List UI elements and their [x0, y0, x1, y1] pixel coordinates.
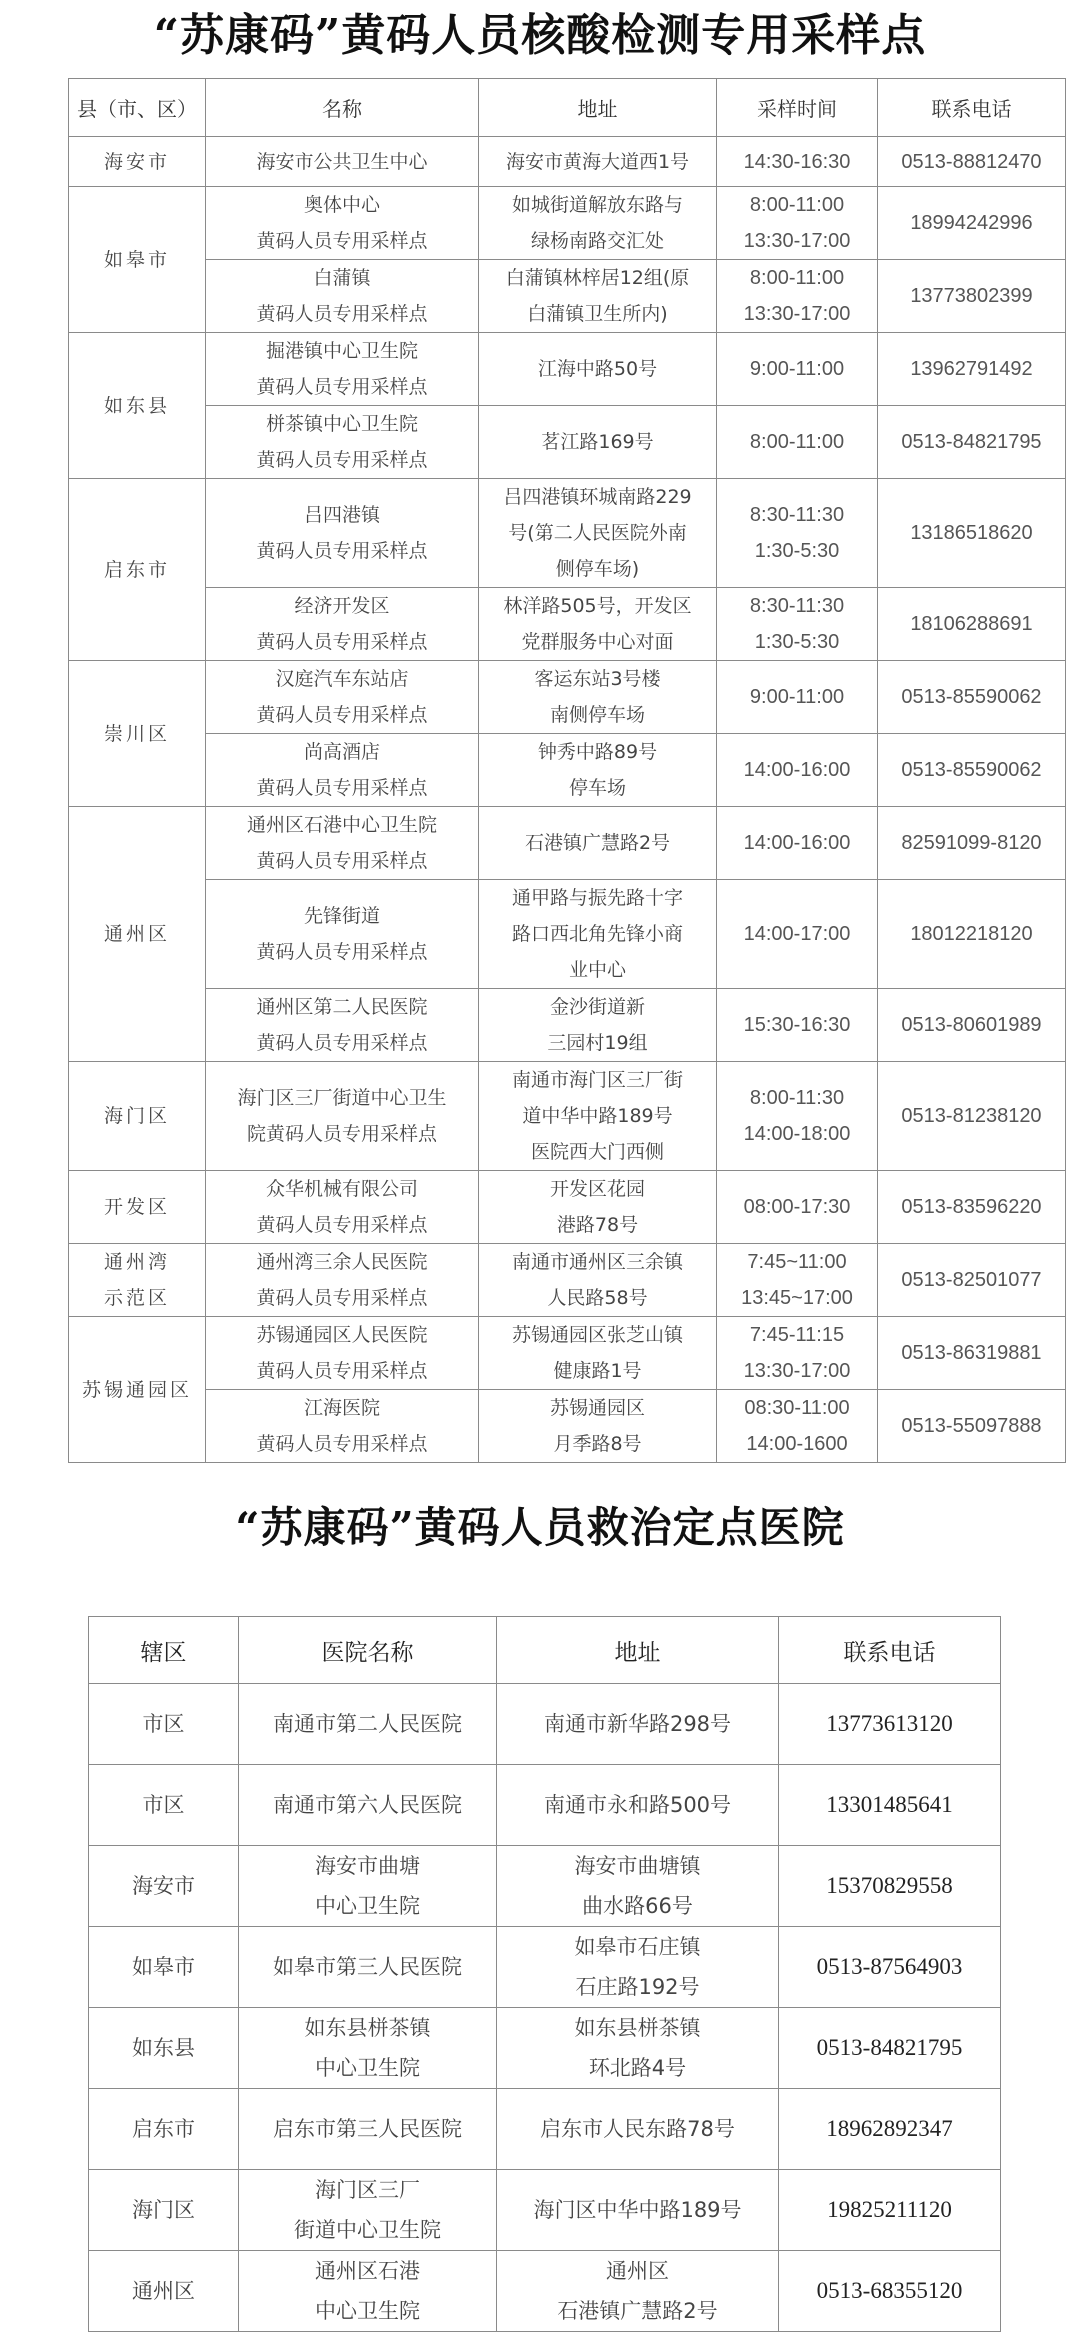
district-cell-text: 海门区 [89, 2190, 238, 2230]
phone-cell: 82591099-8120 [878, 807, 1066, 880]
table-row: 如东县如东县栟茶镇中心卫生院如东县栟茶镇环北路4号0513-84821795 [89, 2008, 1001, 2089]
site-name-cell: 众华机械有限公司黄码人员专用采样点 [206, 1171, 479, 1244]
phone-cell: 0513-88812470 [878, 137, 1066, 187]
phone-cell-text: 0513-55097888 [878, 1408, 1065, 1444]
time-cell-line: 14:00-18:00 [717, 1116, 877, 1152]
county-cell-text: 如东县 [69, 388, 205, 424]
table-row: 如东县掘港镇中心卫生院黄码人员专用采样点江海中路50号9:00-11:00139… [69, 333, 1066, 406]
site-name-cell: 苏锡通园区人民医院黄码人员专用采样点 [206, 1317, 479, 1390]
address-cell-line: 石港镇广慧路2号 [479, 825, 716, 861]
address-cell-line: 启东市人民东路78号 [497, 2109, 778, 2149]
address-cell-line: 党群服务中心对面 [479, 624, 716, 660]
site-name-cell-line: 海安市公共卫生中心 [206, 144, 478, 180]
phone-cell: 0513-84821795 [878, 406, 1066, 479]
time-cell-line: 13:30-17:00 [717, 1353, 877, 1389]
district-cell-text: 如东县 [89, 2028, 238, 2068]
time-cell: 8:00-11:0013:30-17:00 [717, 260, 878, 333]
site-name-cell: 栟茶镇中心卫生院黄码人员专用采样点 [206, 406, 479, 479]
district-cell-text: 如皋市 [89, 1947, 238, 1987]
address-cell: 如城街道解放东路与绿杨南路交汇处 [479, 187, 717, 260]
site-name-cell-line: 通州湾三余人民医院 [206, 1244, 478, 1280]
district-cell: 海安市 [89, 1846, 239, 1927]
address-cell: 白蒲镇林梓居12组(原白蒲镇卫生所内) [479, 260, 717, 333]
phone-cell-text: 18012218120 [878, 916, 1065, 952]
time-cell-line: 9:00-11:00 [717, 679, 877, 715]
address-cell-line: 开发区花园 [479, 1171, 716, 1207]
table-row: 启东市启东市第三人民医院启东市人民东路78号18962892347 [89, 2089, 1001, 2170]
county-cell: 通州湾示范区 [69, 1244, 206, 1317]
address-cell-line: 业中心 [479, 952, 716, 988]
table-row: 市区南通市第六人民医院南通市永和路500号13301485641 [89, 1765, 1001, 1846]
phone-cell: 19825211120 [779, 2170, 1001, 2251]
table-header-row: 辖区 医院名称 地址 联系电话 [89, 1617, 1001, 1684]
phone-cell: 13962791492 [878, 333, 1066, 406]
phone-cell: 0513-87564903 [779, 1927, 1001, 2008]
table-row: 如皋市奥体中心黄码人员专用采样点如城街道解放东路与绿杨南路交汇处8:00-11:… [69, 187, 1066, 260]
phone-cell: 13301485641 [779, 1765, 1001, 1846]
header-phone: 联系电话 [779, 1617, 1001, 1684]
address-cell: 开发区花园港路78号 [479, 1171, 717, 1244]
time-cell-line: 15:30-16:30 [717, 1007, 877, 1043]
address-cell-line: 南通市海门区三厂街 [479, 1062, 716, 1098]
phone-cell-text: 19825211120 [779, 2190, 1000, 2230]
phone-cell-text: 13773802399 [878, 278, 1065, 314]
county-cell-text: 苏锡通园区 [69, 1372, 205, 1408]
time-cell: 08:00-17:30 [717, 1171, 878, 1244]
district-cell: 市区 [89, 1684, 239, 1765]
site-name-cell: 通州区石港中心卫生院黄码人员专用采样点 [206, 807, 479, 880]
county-cell-text: 崇川区 [69, 716, 205, 752]
hospital-name-cell-line: 海门区三厂 [239, 2170, 496, 2210]
address-cell-line: 石港镇广慧路2号 [497, 2291, 778, 2331]
time-cell-line: 13:30-17:00 [717, 296, 877, 332]
phone-cell-text: 0513-85590062 [878, 679, 1065, 715]
address-cell-line: 林洋路505号，开发区 [479, 588, 716, 624]
address-cell: 客运东站3号楼南侧停车场 [479, 661, 717, 734]
county-cell: 如皋市 [69, 187, 206, 333]
phone-cell: 18106288691 [878, 588, 1066, 661]
address-cell-line: 月季路8号 [479, 1426, 716, 1462]
site-name-cell-line: 黄码人员专用采样点 [206, 1353, 478, 1389]
address-cell-line: 白蒲镇林梓居12组(原 [479, 260, 716, 296]
time-cell-line: 8:00-11:00 [717, 260, 877, 296]
phone-cell: 13186518620 [878, 479, 1066, 588]
site-name-cell-line: 黄码人员专用采样点 [206, 369, 478, 405]
address-cell-line: 港路78号 [479, 1207, 716, 1243]
site-name-cell-line: 先锋街道 [206, 898, 478, 934]
county-cell: 通州区 [69, 807, 206, 1062]
hospital-name-cell: 海门区三厂街道中心卫生院 [239, 2170, 497, 2251]
address-cell-line: 茗江路169号 [479, 424, 716, 460]
time-cell-line: 8:30-11:30 [717, 497, 877, 533]
site-name-cell: 掘港镇中心卫生院黄码人员专用采样点 [206, 333, 479, 406]
county-cell-line: 通州湾 [69, 1244, 205, 1280]
address-cell: 南通市海门区三厂街道中华中路189号医院西大门西侧 [479, 1062, 717, 1171]
district-cell: 如皋市 [89, 1927, 239, 2008]
table-row: 海安市海安市公共卫生中心海安市黄海大道西1号14:30-16:300513-88… [69, 137, 1066, 187]
address-cell: 如东县栟茶镇环北路4号 [497, 2008, 779, 2089]
county-cell: 崇川区 [69, 661, 206, 807]
site-name-cell-line: 黄码人员专用采样点 [206, 843, 478, 879]
county-cell-text: 启东市 [69, 552, 205, 588]
time-cell: 8:30-11:301:30-5:30 [717, 479, 878, 588]
phone-cell-text: 13301485641 [779, 1785, 1000, 1825]
header-name: 名称 [206, 79, 479, 137]
district-cell: 启东市 [89, 2089, 239, 2170]
hospital-name-cell: 南通市第二人民医院 [239, 1684, 497, 1765]
time-cell-line: 8:00-11:30 [717, 1080, 877, 1116]
hospital-name-cell: 如东县栟茶镇中心卫生院 [239, 2008, 497, 2089]
table-row: 启东市吕四港镇黄码人员专用采样点吕四港镇环城南路229号(第二人民医院外南侧停车… [69, 479, 1066, 588]
site-name-cell-line: 黄码人员专用采样点 [206, 1207, 478, 1243]
site-name-cell-line: 通州区石港中心卫生院 [206, 807, 478, 843]
site-name-cell-line: 黄码人员专用采样点 [206, 533, 478, 569]
site-name-cell-line: 尚高酒店 [206, 734, 478, 770]
address-cell: 茗江路169号 [479, 406, 717, 479]
site-name-cell-line: 院黄码人员专用采样点 [206, 1116, 478, 1152]
address-cell: 南通市新华路298号 [497, 1684, 779, 1765]
hospital-name-cell-line: 海安市曲塘 [239, 1846, 496, 1886]
address-cell: 吕四港镇环城南路229号(第二人民医院外南侧停车场) [479, 479, 717, 588]
address-cell-line: 南通市通州区三余镇 [479, 1244, 716, 1280]
district-cell-text: 市区 [89, 1785, 238, 1825]
address-cell-line: 如东县栟茶镇 [497, 2008, 778, 2048]
address-cell: 启东市人民东路78号 [497, 2089, 779, 2170]
address-cell: 南通市永和路500号 [497, 1765, 779, 1846]
site-name-cell-line: 黄码人员专用采样点 [206, 442, 478, 478]
site-name-cell-line: 黄码人员专用采样点 [206, 697, 478, 733]
hospital-name-cell-line: 通州区石港 [239, 2251, 496, 2291]
time-cell-line: 14:00-17:00 [717, 916, 877, 952]
time-cell-line: 9:00-11:00 [717, 351, 877, 387]
address-cell-line: 苏锡通园区 [479, 1390, 716, 1426]
header-district: 辖区 [89, 1617, 239, 1684]
county-cell-text: 海门区 [69, 1098, 205, 1134]
county-cell: 苏锡通园区 [69, 1317, 206, 1463]
address-cell: 苏锡通园区月季路8号 [479, 1390, 717, 1463]
site-name-cell-line: 苏锡通园区人民医院 [206, 1317, 478, 1353]
district-cell-text: 市区 [89, 1704, 238, 1744]
site-name-cell-line: 黄码人员专用采样点 [206, 1280, 478, 1316]
time-cell-line: 13:30-17:00 [717, 223, 877, 259]
hospital-name-cell-line: 如东县栟茶镇 [239, 2008, 496, 2048]
site-name-cell-line: 奥体中心 [206, 187, 478, 223]
phone-cell: 13773802399 [878, 260, 1066, 333]
county-cell-text: 通州区 [69, 916, 205, 952]
phone-cell-text: 0513-84821795 [878, 424, 1065, 460]
time-cell: 7:45~11:0013:45~17:00 [717, 1244, 878, 1317]
phone-cell: 15370829558 [779, 1846, 1001, 1927]
time-cell-line: 13:45~17:00 [717, 1280, 877, 1316]
county-cell: 海安市 [69, 137, 206, 187]
district-cell: 市区 [89, 1765, 239, 1846]
district-cell: 海门区 [89, 2170, 239, 2251]
phone-cell: 0513-83596220 [878, 1171, 1066, 1244]
phone-cell-text: 0513-68355120 [779, 2271, 1000, 2311]
site-name-cell: 先锋街道黄码人员专用采样点 [206, 880, 479, 989]
site-name-cell-line: 掘港镇中心卫生院 [206, 333, 478, 369]
county-cell-line: 示范区 [69, 1280, 205, 1316]
site-name-cell: 尚高酒店黄码人员专用采样点 [206, 734, 479, 807]
site-name-cell-line: 海门区三厂街道中心卫生 [206, 1080, 478, 1116]
site-name-cell-line: 黄码人员专用采样点 [206, 934, 478, 970]
county-cell-text: 开发区 [69, 1189, 205, 1225]
phone-cell-text: 18106288691 [878, 606, 1065, 642]
table-row: 海安市海安市曲塘中心卫生院海安市曲塘镇曲水路66号15370829558 [89, 1846, 1001, 1927]
time-cell-line: 7:45~11:00 [717, 1244, 877, 1280]
time-cell: 9:00-11:00 [717, 333, 878, 406]
site-name-cell: 汉庭汽车东站店黄码人员专用采样点 [206, 661, 479, 734]
table-row: 通州湾示范区通州湾三余人民医院黄码人员专用采样点南通市通州区三余镇人民路58号7… [69, 1244, 1066, 1317]
address-cell-line: 通甲路与振先路十字 [479, 880, 716, 916]
phone-cell-text: 0513-82501077 [878, 1262, 1065, 1298]
address-cell-line: 南通市新华路298号 [497, 1704, 778, 1744]
table-row: 白蒲镇黄码人员专用采样点白蒲镇林梓居12组(原白蒲镇卫生所内)8:00-11:0… [69, 260, 1066, 333]
time-cell-line: 8:00-11:00 [717, 424, 877, 460]
phone-cell-text: 13962791492 [878, 351, 1065, 387]
phone-cell-text: 0513-87564903 [779, 1947, 1000, 1987]
phone-cell-text: 0513-83596220 [878, 1189, 1065, 1225]
site-name-cell-line: 众华机械有限公司 [206, 1171, 478, 1207]
hospital-name-cell: 启东市第三人民医院 [239, 2089, 497, 2170]
phone-cell: 18994242996 [878, 187, 1066, 260]
site-name-cell-line: 吕四港镇 [206, 497, 478, 533]
hospital-name-cell-line: 街道中心卫生院 [239, 2210, 496, 2250]
hospital-name-cell: 通州区石港中心卫生院 [239, 2251, 497, 2332]
hospital-name-cell: 南通市第六人民医院 [239, 1765, 497, 1846]
time-cell-line: 08:30-11:00 [717, 1390, 877, 1426]
table-row: 苏锡通园区苏锡通园区人民医院黄码人员专用采样点苏锡通园区张芝山镇健康路1号7:4… [69, 1317, 1066, 1390]
sampling-sites-table: 县（市、区） 名称 地址 采样时间 联系电话 海安市海安市公共卫生中心海安市黄海… [68, 78, 1066, 1463]
address-cell-line: 南通市永和路500号 [497, 1785, 778, 1825]
phone-cell: 0513-82501077 [878, 1244, 1066, 1317]
address-cell: 苏锡通园区张芝山镇健康路1号 [479, 1317, 717, 1390]
address-cell-line: 道中华中路189号 [479, 1098, 716, 1134]
address-cell-line: 海安市黄海大道西1号 [479, 144, 716, 180]
address-cell: 钟秀中路89号停车场 [479, 734, 717, 807]
address-cell: 海安市曲塘镇曲水路66号 [497, 1846, 779, 1927]
time-cell: 14:00-16:00 [717, 734, 878, 807]
address-cell: 如皋市石庄镇石庄路192号 [497, 1927, 779, 2008]
district-cell: 如东县 [89, 2008, 239, 2089]
site-name-cell-line: 黄码人员专用采样点 [206, 624, 478, 660]
site-name-cell: 海门区三厂街道中心卫生院黄码人员专用采样点 [206, 1062, 479, 1171]
site-name-cell-line: 江海医院 [206, 1390, 478, 1426]
hospitals-title: “苏康码”黄码人员救治定点医院 [0, 1500, 1080, 1556]
site-name-cell: 通州区第二人民医院黄码人员专用采样点 [206, 989, 479, 1062]
county-cell: 海门区 [69, 1062, 206, 1171]
table-row: 如皋市如皋市第三人民医院如皋市石庄镇石庄路192号0513-87564903 [89, 1927, 1001, 2008]
address-cell-line: 海门区中华中路189号 [497, 2190, 778, 2230]
site-name-cell: 经济开发区黄码人员专用采样点 [206, 588, 479, 661]
address-cell-line: 客运东站3号楼 [479, 661, 716, 697]
address-cell-line: 金沙街道新 [479, 989, 716, 1025]
header-hospital-name: 医院名称 [239, 1617, 497, 1684]
time-cell: 14:00-16:00 [717, 807, 878, 880]
phone-cell-text: 13186518620 [878, 515, 1065, 551]
phone-cell-text: 13773613120 [779, 1704, 1000, 1744]
site-name-cell-line: 黄码人员专用采样点 [206, 223, 478, 259]
district-cell-text: 启东市 [89, 2109, 238, 2149]
phone-cell: 18962892347 [779, 2089, 1001, 2170]
address-cell: 林洋路505号，开发区党群服务中心对面 [479, 588, 717, 661]
address-cell: 通甲路与振先路十字路口西北角先锋小商业中心 [479, 880, 717, 989]
site-name-cell-line: 汉庭汽车东站店 [206, 661, 478, 697]
address-cell-line: 吕四港镇环城南路229 [479, 479, 716, 515]
table-row: 崇川区汉庭汽车东站店黄码人员专用采样点客运东站3号楼南侧停车场9:00-11:0… [69, 661, 1066, 734]
time-cell: 14:00-17:00 [717, 880, 878, 989]
header-time: 采样时间 [717, 79, 878, 137]
county-cell-text: 如皋市 [69, 242, 205, 278]
table-row: 江海医院黄码人员专用采样点苏锡通园区月季路8号08:30-11:0014:00-… [69, 1390, 1066, 1463]
header-address: 地址 [497, 1617, 779, 1684]
hospitals-table: 辖区 医院名称 地址 联系电话 市区南通市第二人民医院南通市新华路298号137… [88, 1616, 1001, 2332]
address-cell-line: 号(第二人民医院外南 [479, 515, 716, 551]
address-cell-line: 环北路4号 [497, 2048, 778, 2088]
phone-cell: 0513-81238120 [878, 1062, 1066, 1171]
time-cell: 14:30-16:30 [717, 137, 878, 187]
address-cell-line: 侧停车场) [479, 551, 716, 587]
address-cell: 海门区中华中路189号 [497, 2170, 779, 2251]
address-cell-line: 白蒲镇卫生所内) [479, 296, 716, 332]
phone-cell: 0513-80601989 [878, 989, 1066, 1062]
table-row: 市区南通市第二人民医院南通市新华路298号13773613120 [89, 1684, 1001, 1765]
phone-cell-text: 0513-85590062 [878, 752, 1065, 788]
table-row: 通州区通州区石港中心卫生院通州区石港镇广慧路2号0513-68355120 [89, 2251, 1001, 2332]
site-name-cell-line: 通州区第二人民医院 [206, 989, 478, 1025]
hospital-name-cell-line: 如皋市第三人民医院 [239, 1947, 496, 1987]
time-cell: 9:00-11:00 [717, 661, 878, 734]
county-cell-text: 海安市 [69, 144, 205, 180]
time-cell: 8:30-11:301:30-5:30 [717, 588, 878, 661]
phone-cell-text: 18962892347 [779, 2109, 1000, 2149]
phone-cell: 0513-85590062 [878, 661, 1066, 734]
site-name-cell: 白蒲镇黄码人员专用采样点 [206, 260, 479, 333]
table-row: 通州区通州区石港中心卫生院黄码人员专用采样点石港镇广慧路2号14:00-16:0… [69, 807, 1066, 880]
table-row: 开发区众华机械有限公司黄码人员专用采样点开发区花园港路78号08:00-17:3… [69, 1171, 1066, 1244]
phone-cell: 0513-68355120 [779, 2251, 1001, 2332]
hospital-name-cell: 海安市曲塘中心卫生院 [239, 1846, 497, 1927]
site-name-cell-line: 经济开发区 [206, 588, 478, 624]
table-row: 海门区海门区三厂街道中心卫生院黄码人员专用采样点南通市海门区三厂街道中华中路18… [69, 1062, 1066, 1171]
phone-cell-text: 15370829558 [779, 1866, 1000, 1906]
hospital-name-cell: 如皋市第三人民医院 [239, 1927, 497, 2008]
phone-cell: 18012218120 [878, 880, 1066, 989]
time-cell: 08:30-11:0014:00-1600 [717, 1390, 878, 1463]
table-row: 通州区第二人民医院黄码人员专用采样点金沙街道新三园村19组15:30-16:30… [69, 989, 1066, 1062]
address-cell-line: 健康路1号 [479, 1353, 716, 1389]
phone-cell-text: 82591099-8120 [878, 825, 1065, 861]
hospital-name-cell-line: 南通市第六人民医院 [239, 1785, 496, 1825]
time-cell-line: 14:00-16:00 [717, 825, 877, 861]
phone-cell-text: 0513-81238120 [878, 1098, 1065, 1134]
site-name-cell: 海安市公共卫生中心 [206, 137, 479, 187]
time-cell-line: 14:30-16:30 [717, 144, 877, 180]
address-cell-line: 绿杨南路交汇处 [479, 223, 716, 259]
hospital-name-cell-line: 中心卫生院 [239, 1886, 496, 1926]
site-name-cell-line: 白蒲镇 [206, 260, 478, 296]
time-cell: 7:45-11:1513:30-17:00 [717, 1317, 878, 1390]
district-cell-text: 海安市 [89, 1866, 238, 1906]
address-cell-line: 石庄路192号 [497, 1967, 778, 2007]
address-cell-line: 停车场 [479, 770, 716, 806]
table-header-row: 县（市、区） 名称 地址 采样时间 联系电话 [69, 79, 1066, 137]
time-cell: 15:30-16:30 [717, 989, 878, 1062]
table-row: 海门区海门区三厂街道中心卫生院海门区中华中路189号19825211120 [89, 2170, 1001, 2251]
address-cell-line: 南侧停车场 [479, 697, 716, 733]
time-cell-line: 14:00-1600 [717, 1426, 877, 1462]
county-cell: 启东市 [69, 479, 206, 661]
sampling-sites-title: “苏康码”黄码人员核酸检测专用采样点 [0, 8, 1080, 64]
address-cell-line: 通州区 [497, 2251, 778, 2291]
time-cell-line: 1:30-5:30 [717, 533, 877, 569]
phone-cell-text: 18994242996 [878, 205, 1065, 241]
phone-cell: 0513-86319881 [878, 1317, 1066, 1390]
phone-cell-text: 0513-80601989 [878, 1007, 1065, 1043]
header-address: 地址 [479, 79, 717, 137]
hospital-name-cell-line: 中心卫生院 [239, 2048, 496, 2088]
address-cell-line: 如城街道解放东路与 [479, 187, 716, 223]
county-cell: 如东县 [69, 333, 206, 479]
time-cell: 8:00-11:3014:00-18:00 [717, 1062, 878, 1171]
site-name-cell-line: 黄码人员专用采样点 [206, 296, 478, 332]
district-cell-text: 通州区 [89, 2271, 238, 2311]
address-cell: 南通市通州区三余镇人民路58号 [479, 1244, 717, 1317]
address-cell: 海安市黄海大道西1号 [479, 137, 717, 187]
site-name-cell-line: 黄码人员专用采样点 [206, 1025, 478, 1061]
time-cell-line: 8:00-11:00 [717, 187, 877, 223]
phone-cell: 0513-84821795 [779, 2008, 1001, 2089]
address-cell-line: 曲水路66号 [497, 1886, 778, 1926]
phone-cell-text: 0513-88812470 [878, 144, 1065, 180]
header-county: 县（市、区） [69, 79, 206, 137]
address-cell-line: 如皋市石庄镇 [497, 1927, 778, 1967]
address-cell-line: 江海中路50号 [479, 351, 716, 387]
address-cell-line: 医院西大门西侧 [479, 1134, 716, 1170]
site-name-cell: 江海医院黄码人员专用采样点 [206, 1390, 479, 1463]
district-cell: 通州区 [89, 2251, 239, 2332]
time-cell-line: 14:00-16:00 [717, 752, 877, 788]
phone-cell: 0513-55097888 [878, 1390, 1066, 1463]
phone-cell-text: 0513-86319881 [878, 1335, 1065, 1371]
address-cell-line: 钟秀中路89号 [479, 734, 716, 770]
time-cell-line: 08:00-17:30 [717, 1189, 877, 1225]
address-cell-line: 海安市曲塘镇 [497, 1846, 778, 1886]
site-name-cell: 奥体中心黄码人员专用采样点 [206, 187, 479, 260]
address-cell: 金沙街道新三园村19组 [479, 989, 717, 1062]
table-row: 经济开发区黄码人员专用采样点林洋路505号，开发区党群服务中心对面8:30-11… [69, 588, 1066, 661]
time-cell-line: 8:30-11:30 [717, 588, 877, 624]
hospital-name-cell-line: 中心卫生院 [239, 2291, 496, 2331]
table-row: 尚高酒店黄码人员专用采样点钟秀中路89号停车场14:00-16:000513-8… [69, 734, 1066, 807]
address-cell-line: 人民路58号 [479, 1280, 716, 1316]
time-cell-line: 7:45-11:15 [717, 1317, 877, 1353]
county-cell: 开发区 [69, 1171, 206, 1244]
phone-cell: 13773613120 [779, 1684, 1001, 1765]
address-cell: 石港镇广慧路2号 [479, 807, 717, 880]
header-phone: 联系电话 [878, 79, 1066, 137]
address-cell: 江海中路50号 [479, 333, 717, 406]
hospital-name-cell-line: 启东市第三人民医院 [239, 2109, 496, 2149]
time-cell: 8:00-11:0013:30-17:00 [717, 187, 878, 260]
time-cell-line: 1:30-5:30 [717, 624, 877, 660]
table-row: 先锋街道黄码人员专用采样点通甲路与振先路十字路口西北角先锋小商业中心14:00-… [69, 880, 1066, 989]
time-cell: 8:00-11:00 [717, 406, 878, 479]
hospital-name-cell-line: 南通市第二人民医院 [239, 1704, 496, 1744]
site-name-cell-line: 栟茶镇中心卫生院 [206, 406, 478, 442]
site-name-cell-line: 黄码人员专用采样点 [206, 770, 478, 806]
site-name-cell: 通州湾三余人民医院黄码人员专用采样点 [206, 1244, 479, 1317]
